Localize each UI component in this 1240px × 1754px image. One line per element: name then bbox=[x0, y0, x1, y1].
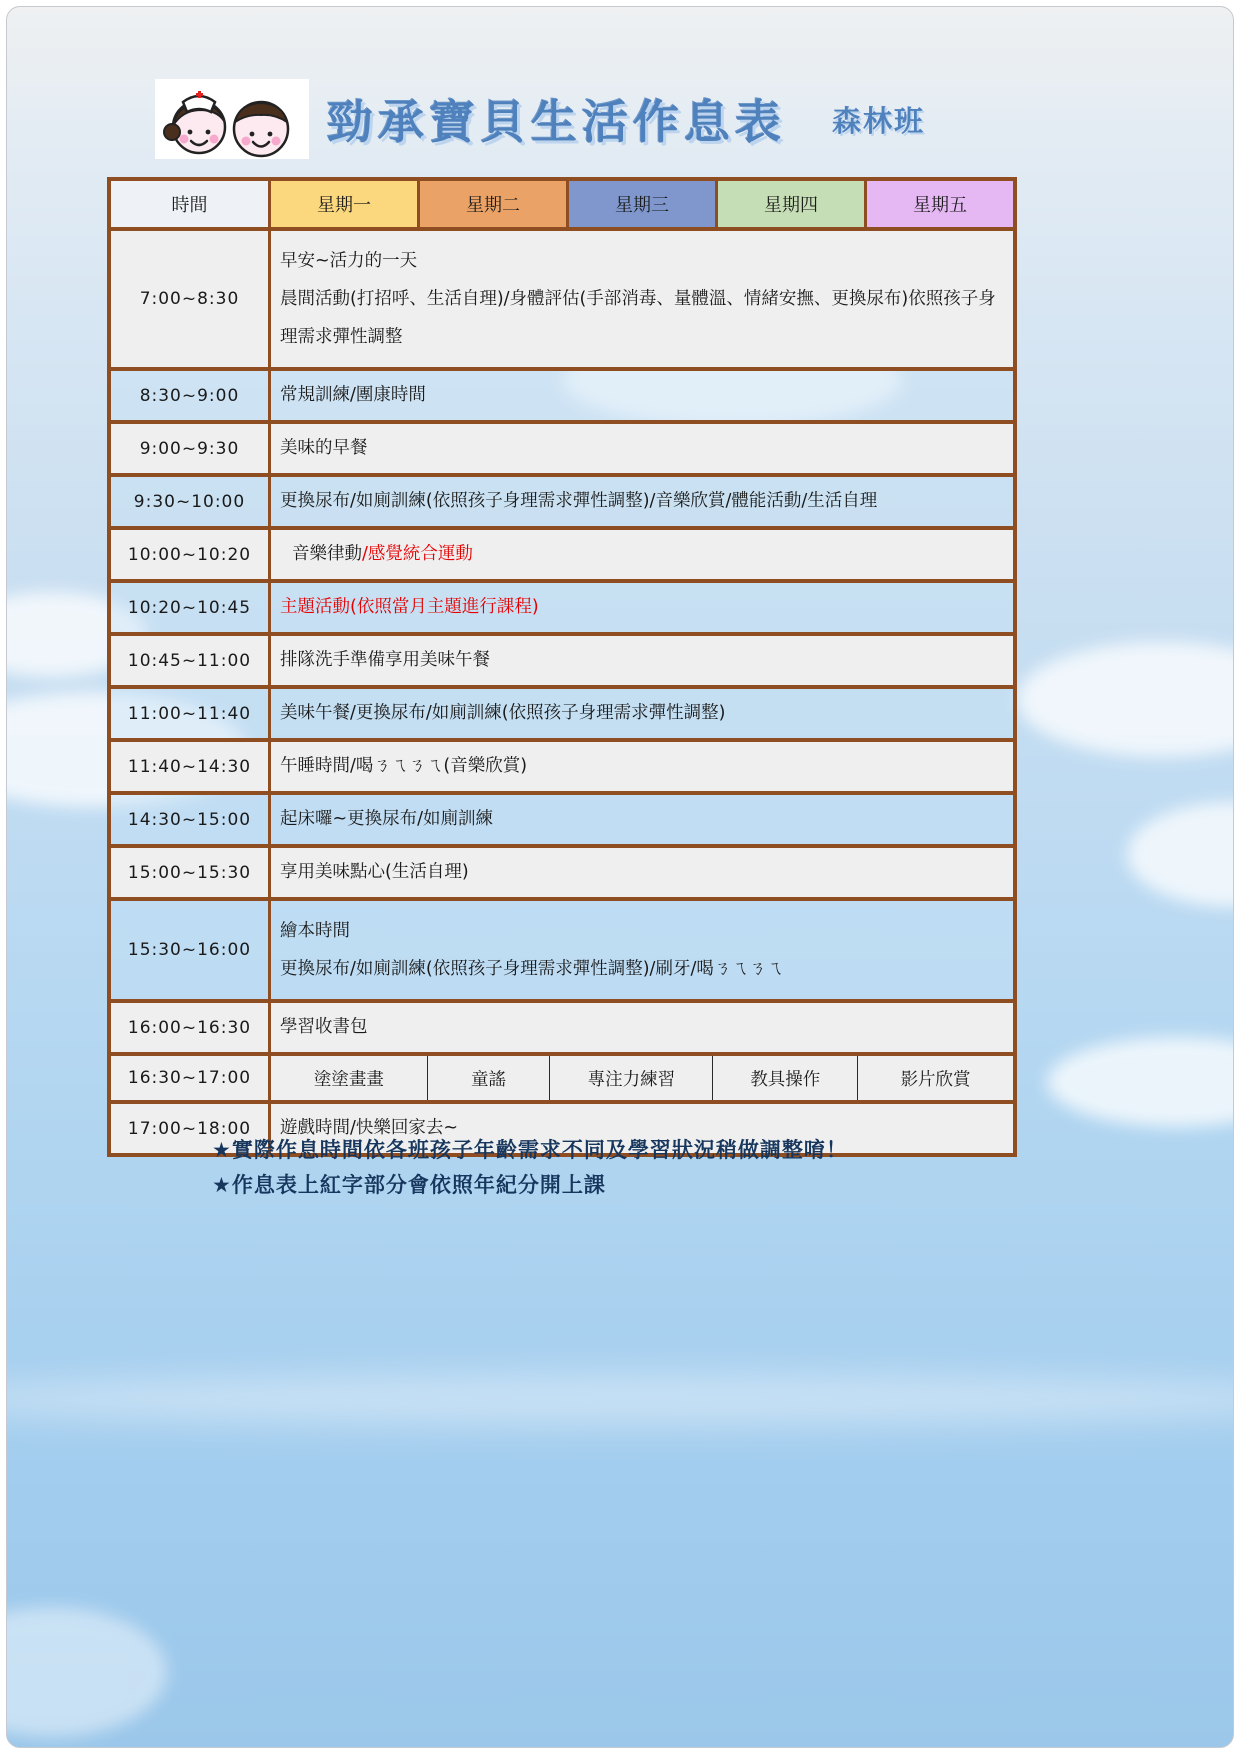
activity-cell: 享用美味點心(生活自理) bbox=[271, 848, 1013, 897]
activity-text-line: 繪本時間 bbox=[280, 912, 1007, 950]
activity-text-line: 更換尿布/如廁訓練(依照孩子身理需求彈性調整)/刷牙/喝ㄋㄟㄋㄟ bbox=[280, 950, 1007, 988]
activity-text: 午睡時間/喝ㄋㄟㄋㄟ(音樂欣賞) bbox=[280, 756, 527, 776]
time-cell: 15:30~16:00 bbox=[111, 901, 271, 999]
activity-text-line: 音樂律動/感覺統合運動 bbox=[280, 541, 1007, 568]
schedule-row: 11:40~14:30午睡時間/喝ㄋㄟㄋㄟ(音樂欣賞) bbox=[111, 738, 1013, 791]
schedule-row: 10:45~11:00排隊洗手準備享用美味午餐 bbox=[111, 632, 1013, 685]
activity-subcell: 影片欣賞 bbox=[857, 1056, 1013, 1100]
time-cell: 15:00~15:30 bbox=[111, 848, 271, 897]
activity-text-line: 享用美味點心(生活自理) bbox=[280, 859, 1007, 886]
activity-cell: 主題活動(依照當月主題進行課程) bbox=[271, 583, 1013, 632]
activity-subcell: 專注力練習 bbox=[549, 1056, 712, 1100]
activity-text-line: 常規訓練/團康時間 bbox=[280, 382, 1007, 409]
activity-text: 常規訓練/團康時間 bbox=[280, 385, 426, 405]
activity-cell: 更換尿布/如廁訓練(依照孩子身理需求彈性調整)/音樂欣賞/體能活動/生活自理 bbox=[271, 477, 1013, 526]
schedule-row: 16:30~17:00塗塗畫畫童謠專注力練習教具操作影片欣賞 bbox=[111, 1052, 1013, 1100]
time-cell: 8:30~9:00 bbox=[111, 371, 271, 420]
time-cell: 10:00~10:20 bbox=[111, 530, 271, 579]
masthead: 勁承寶貝生活作息表 森林班 bbox=[155, 79, 925, 159]
activity-cell: 早安~活力的一天晨間活動(打招呼、生活自理)/身體評估(手部消毒、量體溫、情緒安… bbox=[271, 231, 1013, 367]
time-cell: 11:40~14:30 bbox=[111, 742, 271, 791]
activity-text: 美味的早餐 bbox=[280, 438, 368, 458]
schedule-row: 14:30~15:00起床囉~更換尿布/如廁訓練 bbox=[111, 791, 1013, 844]
activity-cell: 學習收書包 bbox=[271, 1003, 1013, 1052]
activity-cell: 起床囉~更換尿布/如廁訓練 bbox=[271, 795, 1013, 844]
activity-text-line: 美味午餐/更換尿布/如廁訓練(依照孩子身理需求彈性調整) bbox=[280, 700, 1007, 727]
activity-cell: 常規訓練/團康時間 bbox=[271, 371, 1013, 420]
cloud-shape bbox=[1127, 802, 1234, 907]
schedule-row: 15:00~15:30享用美味點心(生活自理) bbox=[111, 844, 1013, 897]
cloud-shape bbox=[1017, 642, 1234, 757]
time-cell: 7:00~8:30 bbox=[111, 231, 271, 367]
time-cell: 14:30~15:00 bbox=[111, 795, 271, 844]
activity-text: 學習收書包 bbox=[280, 1017, 368, 1037]
activity-text-red: 主題活動(依照當月主題進行課程) bbox=[280, 597, 539, 617]
activity-text: 繪本時間 bbox=[280, 921, 350, 941]
activity-text-line: 早安~活力的一天 bbox=[280, 242, 1007, 280]
schedule-row: 8:30~9:00常規訓練/團康時間 bbox=[111, 367, 1013, 420]
activity-text-line: 主題活動(依照當月主題進行課程) bbox=[280, 594, 1007, 621]
activity-subcell: 童謠 bbox=[427, 1056, 549, 1100]
activity-cell: 塗塗畫畫童謠專注力練習教具操作影片欣賞 bbox=[271, 1056, 1013, 1100]
activity-cell: 美味的早餐 bbox=[271, 424, 1013, 473]
time-cell: 9:00~9:30 bbox=[111, 424, 271, 473]
page-background: 勁承寶貝生活作息表 森林班 時間 星期一 星期二 星期三 星期四 星期五 7:0… bbox=[6, 6, 1234, 1748]
activity-text-line: 美味的早餐 bbox=[280, 435, 1007, 462]
header-monday: 星期一 bbox=[271, 181, 420, 227]
cloud-shape bbox=[6, 1372, 1234, 1427]
schedule-row: 16:00~16:30學習收書包 bbox=[111, 999, 1013, 1052]
activity-text-line: 排隊洗手準備享用美味午餐 bbox=[280, 647, 1007, 674]
activity-text: 更換尿布/如廁訓練(依照孩子身理需求彈性調整)/刷牙/喝ㄋㄟㄋㄟ bbox=[280, 959, 784, 979]
activity-text-line: 起床囉~更換尿布/如廁訓練 bbox=[280, 806, 1007, 833]
schedule-row: 9:00~9:30美味的早餐 bbox=[111, 420, 1013, 473]
activity-cell: 午睡時間/喝ㄋㄟㄋㄟ(音樂欣賞) bbox=[271, 742, 1013, 791]
time-cell: 16:30~17:00 bbox=[111, 1056, 271, 1100]
school-logo bbox=[155, 79, 309, 159]
cloud-shape bbox=[6, 1607, 167, 1737]
schedule-row: 7:00~8:30早安~活力的一天晨間活動(打招呼、生活自理)/身體評估(手部消… bbox=[111, 227, 1013, 367]
activity-text-line: 午睡時間/喝ㄋㄟㄋㄟ(音樂欣賞) bbox=[280, 753, 1007, 780]
header-thursday: 星期四 bbox=[718, 181, 867, 227]
time-cell: 9:30~10:00 bbox=[111, 477, 271, 526]
cloud-shape bbox=[1047, 1037, 1234, 1127]
activity-text: 音樂律動 bbox=[292, 544, 362, 564]
activity-text: 享用美味點心(生活自理) bbox=[280, 862, 469, 882]
activity-text: 美味午餐/更換尿布/如廁訓練(依照孩子身理需求彈性調整) bbox=[280, 703, 725, 723]
schedule-row: 10:00~10:20音樂律動/感覺統合運動 bbox=[111, 526, 1013, 579]
header-tuesday: 星期二 bbox=[420, 181, 569, 227]
header-friday: 星期五 bbox=[867, 181, 1013, 227]
activity-text-line: 晨間活動(打招呼、生活自理)/身體評估(手部消毒、量體溫、情緒安撫、更換尿布)依… bbox=[280, 280, 1007, 356]
activity-text-line: 學習收書包 bbox=[280, 1014, 1007, 1041]
nurse-and-baby-logo-icon bbox=[157, 80, 307, 158]
schedule-row: 9:30~10:00更換尿布/如廁訓練(依照孩子身理需求彈性調整)/音樂欣賞/體… bbox=[111, 473, 1013, 526]
activity-cell: 音樂律動/感覺統合運動 bbox=[271, 530, 1013, 579]
activity-text-red: /感覺統合運動 bbox=[362, 544, 473, 564]
activity-subcell: 塗塗畫畫 bbox=[271, 1056, 427, 1100]
schedule-table: 時間 星期一 星期二 星期三 星期四 星期五 7:00~8:30早安~活力的一天… bbox=[107, 177, 1017, 1157]
activity-text: 晨間活動(打招呼、生活自理)/身體評估(手部消毒、量體溫、情緒安撫、更換尿布)依… bbox=[280, 289, 996, 347]
time-cell: 10:20~10:45 bbox=[111, 583, 271, 632]
activity-text: 起床囉~更換尿布/如廁訓練 bbox=[280, 809, 493, 829]
class-name-label: 森林班 bbox=[832, 99, 925, 140]
activity-text: 排隊洗手準備享用美味午餐 bbox=[280, 650, 490, 670]
activity-cell: 排隊洗手準備享用美味午餐 bbox=[271, 636, 1013, 685]
schedule-row: 11:00~11:40美味午餐/更換尿布/如廁訓練(依照孩子身理需求彈性調整) bbox=[111, 685, 1013, 738]
page-title: 勁承寶貝生活作息表 bbox=[327, 86, 786, 152]
activity-cell: 美味午餐/更換尿布/如廁訓練(依照孩子身理需求彈性調整) bbox=[271, 689, 1013, 738]
activity-text: 早安~活力的一天 bbox=[280, 251, 417, 271]
table-body: 7:00~8:30早安~活力的一天晨間活動(打招呼、生活自理)/身體評估(手部消… bbox=[111, 227, 1013, 1153]
time-cell: 10:45~11:00 bbox=[111, 636, 271, 685]
footer-notes: ★實際作息時間依各班孩子年齡需求不同及學習狀況稍做調整唷！ ★作息表上紅字部分會… bbox=[212, 1133, 848, 1203]
note-line: ★作息表上紅字部分會依照年紀分開上課 bbox=[212, 1168, 848, 1203]
header-wednesday: 星期三 bbox=[569, 181, 718, 227]
activity-text-line: 更換尿布/如廁訓練(依照孩子身理需求彈性調整)/音樂欣賞/體能活動/生活自理 bbox=[280, 488, 1007, 515]
schedule-row: 15:30~16:00繪本時間更換尿布/如廁訓練(依照孩子身理需求彈性調整)/刷… bbox=[111, 897, 1013, 999]
schedule-row: 10:20~10:45主題活動(依照當月主題進行課程) bbox=[111, 579, 1013, 632]
activity-subcell: 教具操作 bbox=[712, 1056, 857, 1100]
activity-cell: 繪本時間更換尿布/如廁訓練(依照孩子身理需求彈性調整)/刷牙/喝ㄋㄟㄋㄟ bbox=[271, 901, 1013, 999]
time-cell: 16:00~16:30 bbox=[111, 1003, 271, 1052]
table-header-row: 時間 星期一 星期二 星期三 星期四 星期五 bbox=[111, 181, 1013, 227]
header-time: 時間 bbox=[111, 181, 271, 227]
note-line: ★實際作息時間依各班孩子年齡需求不同及學習狀況稍做調整唷！ bbox=[212, 1133, 848, 1168]
time-cell: 11:00~11:40 bbox=[111, 689, 271, 738]
activity-text: 更換尿布/如廁訓練(依照孩子身理需求彈性調整)/音樂欣賞/體能活動/生活自理 bbox=[280, 491, 877, 511]
